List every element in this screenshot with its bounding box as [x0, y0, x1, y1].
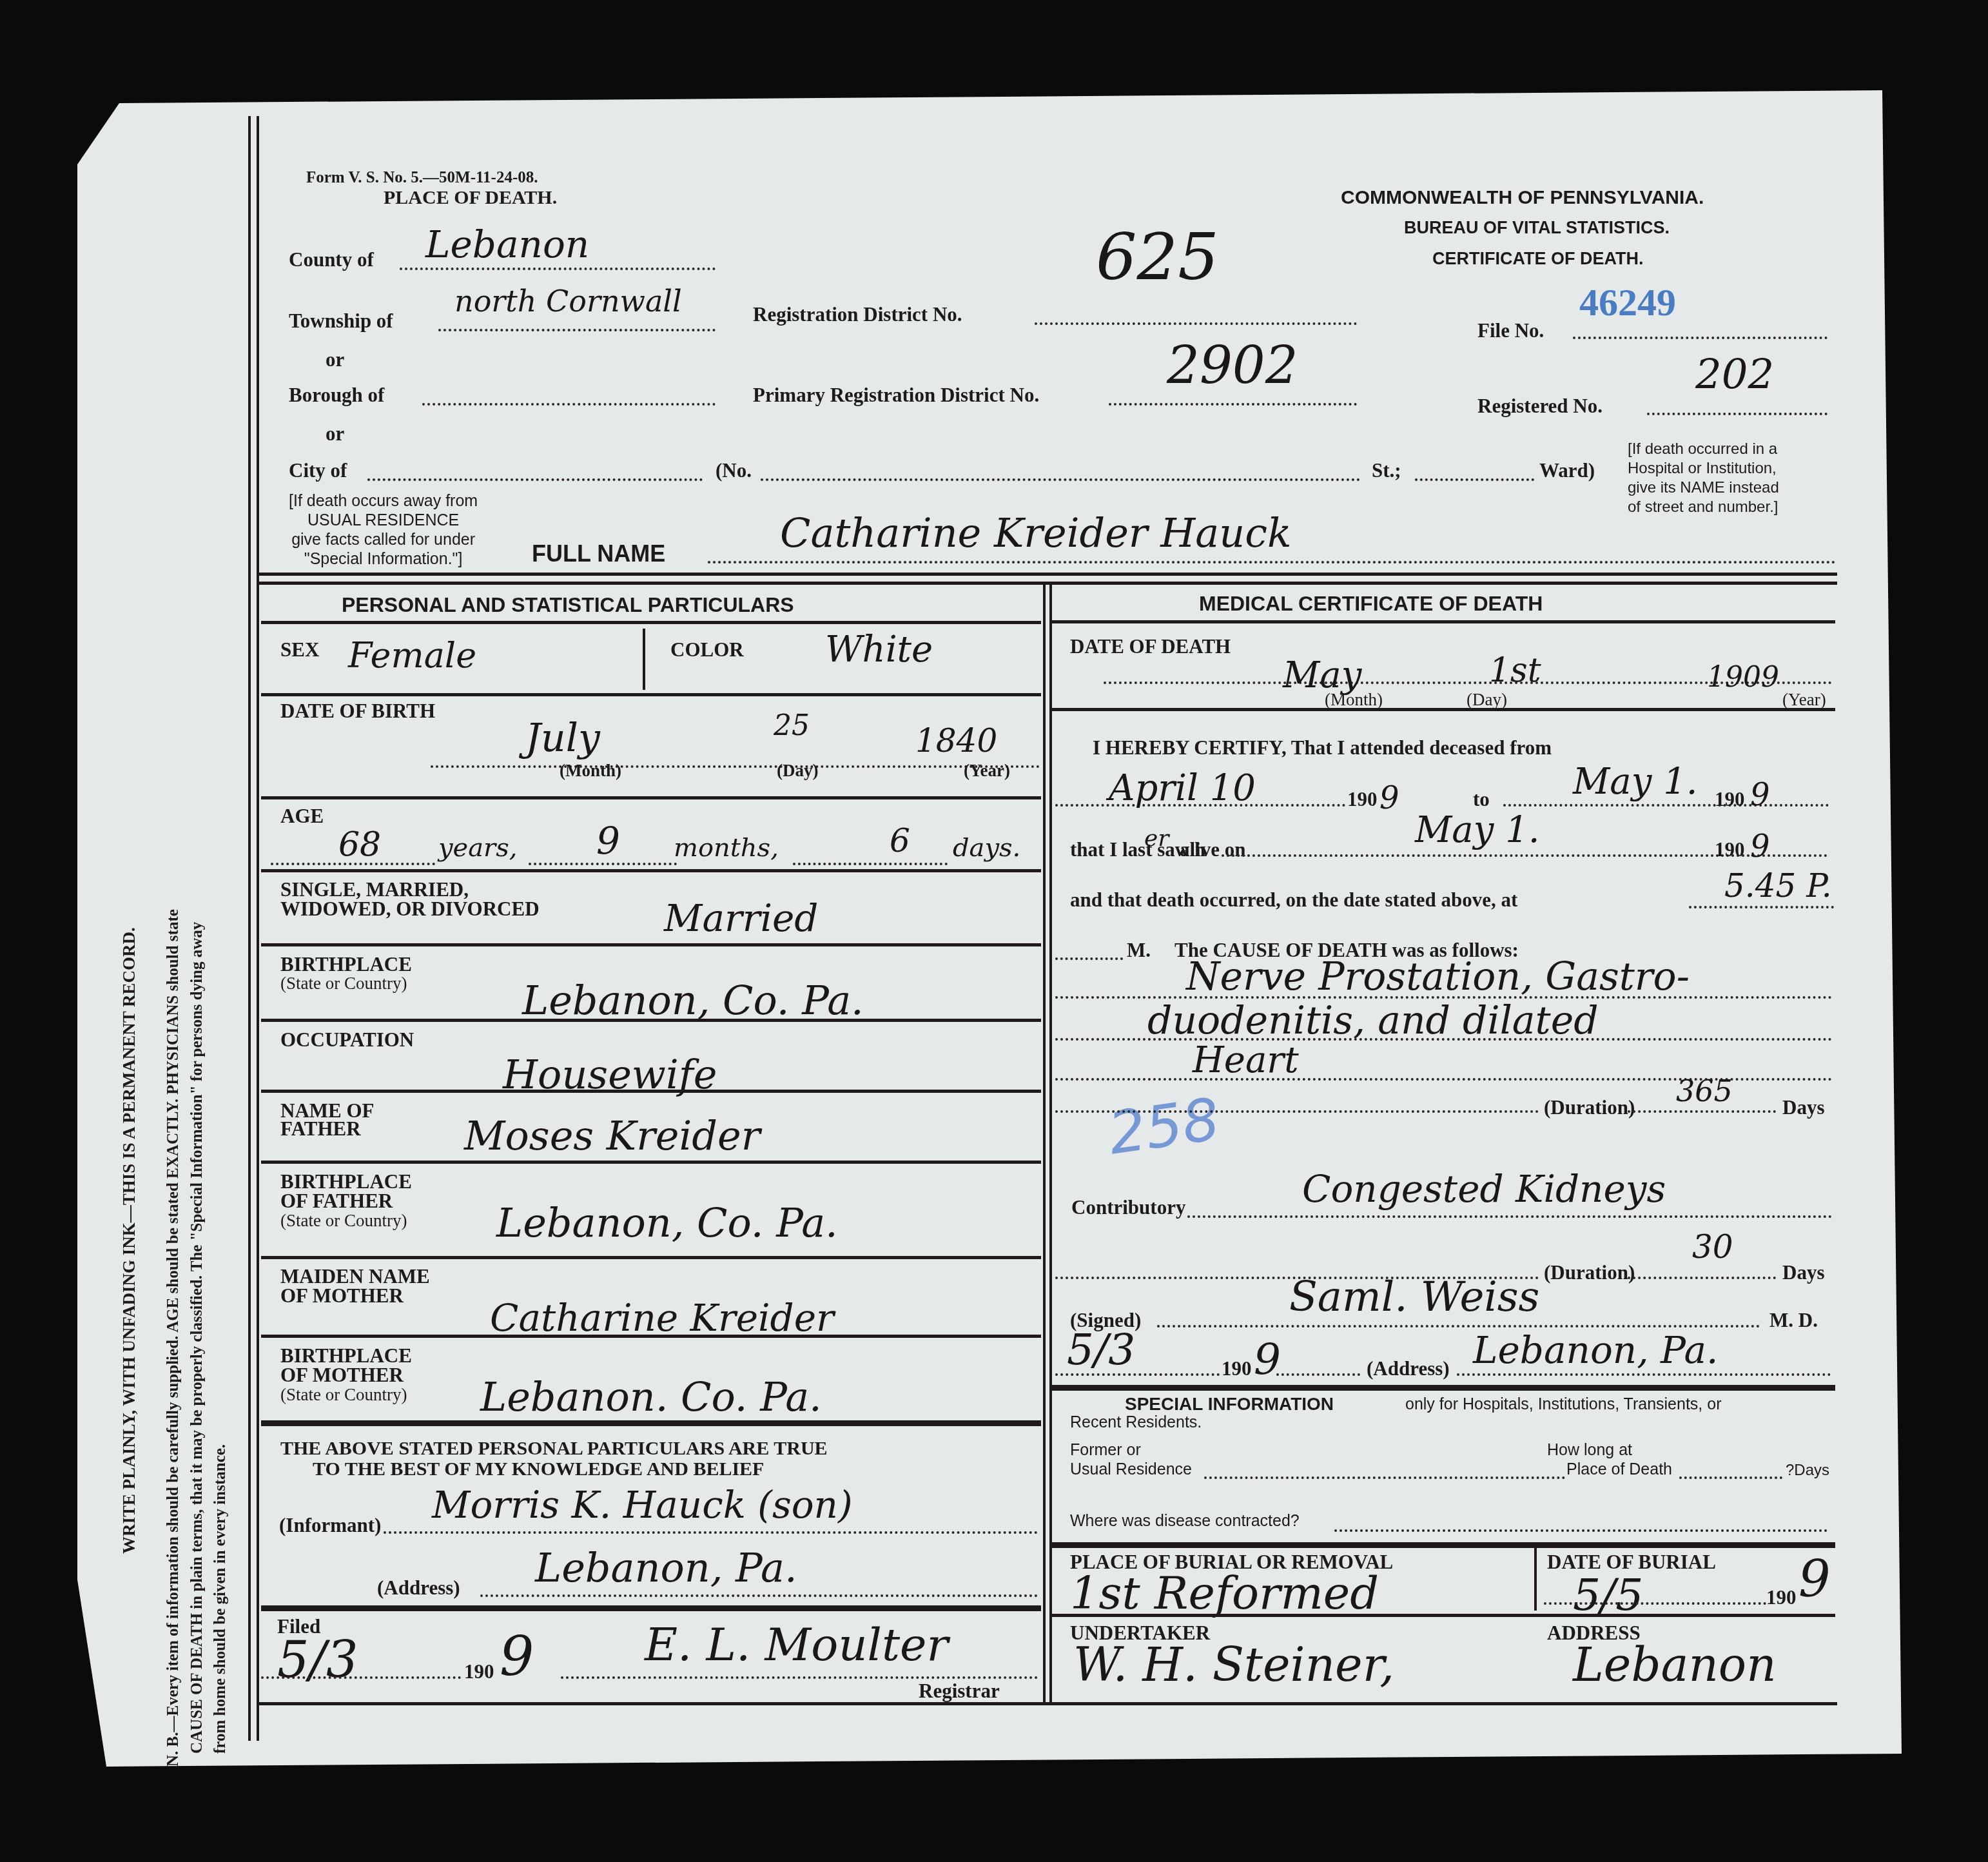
form-number: Form V. S. No. 5.—50M-11-24-08. — [306, 169, 538, 187]
age-years: 68 — [338, 825, 381, 864]
age-label: AGE — [280, 805, 324, 828]
signed-year: 9 — [1254, 1335, 1281, 1384]
filed-year-prefix: 190 — [464, 1660, 494, 1683]
father-value: Moses Kreider — [464, 1112, 760, 1159]
dob-year-caption: (Year) — [964, 761, 1010, 781]
rule — [261, 1090, 1041, 1093]
special-info-title-rest: only for Hospitals, Institutions, Transi… — [1405, 1395, 1722, 1414]
header-commonwealth: COMMONWEALTH OF PENNSYLVANIA. — [1341, 187, 1704, 209]
center-divider-left — [1043, 583, 1046, 1705]
special-info-line-2: Recent Residents. — [1070, 1413, 1202, 1432]
informant-value: Morris K. Hauck (son) — [432, 1483, 853, 1527]
header-certificate: CERTIFICATE OF DEATH. — [1432, 249, 1643, 269]
full-name-label: FULL NAME — [532, 540, 665, 567]
borough-field[interactable] — [422, 403, 716, 406]
father-bp-value: Lebanon, Co. Pa. — [496, 1199, 838, 1246]
rule — [1534, 1546, 1537, 1611]
filed-year-suffix: 9 — [500, 1625, 534, 1688]
county-label: County of — [289, 248, 374, 271]
personal-section-title: PERSONAL AND STATISTICAL PARTICULARS — [342, 593, 794, 617]
burial-place-value: 1st Reformed — [1070, 1567, 1379, 1620]
street-label: St.; — [1372, 459, 1401, 482]
rule — [261, 869, 1041, 872]
occupation-label: OCCUPATION — [280, 1028, 414, 1052]
margin-note-write-plainly: WRITE PLAINLY, WITH UNFADING INK—THIS IS… — [119, 927, 139, 1554]
primary-district-value: 2902 — [1167, 335, 1298, 395]
duration-1-field[interactable] — [1628, 1110, 1776, 1113]
birthplace-value: Lebanon, Co. Pa. — [522, 977, 864, 1024]
death-certificate: WRITE PLAINLY, WITH UNFADING INK—THIS IS… — [0, 0, 1988, 1862]
marital-label-2: WIDOWED, OR DIVORCED — [280, 897, 540, 921]
ward-field[interactable] — [1415, 478, 1534, 481]
attended-to: May 1. — [1573, 761, 1698, 803]
city-label: City of — [289, 459, 347, 482]
medical-address-value: Lebanon, Pa. — [1473, 1328, 1718, 1372]
special-info-title: SPECIAL INFORMATION — [1125, 1394, 1334, 1415]
rule — [643, 629, 645, 690]
contributory-field[interactable] — [1187, 1215, 1832, 1218]
divider-top-2 — [258, 582, 1837, 585]
burial-year-prefix: 190 — [1766, 1586, 1797, 1609]
rule — [1052, 620, 1835, 623]
dob-day-caption: (Day) — [777, 761, 818, 781]
dob-month-caption: (Month) — [560, 761, 621, 781]
registrar-label: Registrar — [919, 1680, 1000, 1703]
duration-2-field[interactable] — [1628, 1277, 1776, 1279]
duration-2-label: (Duration) — [1544, 1261, 1635, 1284]
informant-address-field[interactable] — [480, 1594, 1038, 1597]
primary-district-field[interactable] — [1109, 403, 1357, 406]
duration-2-value: 30 — [1692, 1228, 1733, 1266]
primary-district-label: Primary Registration District No. — [753, 384, 1039, 407]
divider-top-1 — [258, 573, 1837, 576]
where-contracted-label: Where was disease contracted? — [1070, 1512, 1300, 1531]
rule — [261, 693, 1041, 696]
occurred-label: and that death occurred, on the date sta… — [1070, 888, 1517, 912]
duration-1-days: Days — [1782, 1096, 1824, 1119]
rule — [261, 796, 1041, 799]
city-field[interactable] — [367, 478, 703, 481]
rule — [261, 1161, 1041, 1164]
age-days: 6 — [890, 822, 910, 859]
duration-1-label: (Duration) — [1544, 1096, 1635, 1119]
mother-value: Catharine Kreider — [490, 1296, 834, 1340]
filed-date: 5/3 — [277, 1631, 358, 1689]
father-label-2: FATHER — [280, 1117, 361, 1141]
former-label-1: Former or — [1070, 1441, 1141, 1460]
birthplace-label: BIRTHPLACE — [280, 953, 412, 976]
cause-line-1: Nerve Prostation, Gastro- — [1186, 954, 1690, 999]
street-field[interactable] — [761, 478, 1360, 481]
birthplace-sub: (State or Country) — [280, 974, 407, 994]
informant-field[interactable] — [384, 1531, 1038, 1534]
rule — [261, 621, 1041, 624]
how-long-label-1: How long at — [1547, 1441, 1632, 1460]
rule — [1052, 1614, 1835, 1617]
medical-address-field[interactable] — [1457, 1373, 1831, 1376]
last-saw-date: May 1. — [1415, 809, 1540, 851]
dod-year: 1909 — [1707, 661, 1779, 694]
attended-to-year: 9 — [1750, 777, 1770, 813]
mother-label-2: OF MOTHER — [280, 1284, 404, 1308]
away-note: [If death occurs away from USUAL RESIDEN… — [289, 491, 478, 569]
dob-day: 25 — [774, 709, 810, 742]
registered-no-field[interactable] — [1647, 413, 1827, 415]
dod-day-caption: (Day) — [1467, 690, 1507, 710]
rule — [261, 1420, 1041, 1426]
margin-rule-inner — [257, 116, 259, 1741]
medical-address-label: (Address) — [1367, 1357, 1450, 1380]
m-label: M. — [1127, 939, 1151, 962]
md-label: M. D. — [1769, 1309, 1818, 1332]
rule — [1052, 708, 1835, 711]
color-label: COLOR — [670, 638, 744, 661]
contributory-label: Contributory — [1071, 1196, 1185, 1219]
how-long-label-2: Place of Death — [1566, 1460, 1672, 1479]
margin-note-nb-2: CAUSE OF DEATH in plain terms, that it m… — [188, 922, 206, 1754]
occurred-time: 5.45 P. — [1724, 867, 1832, 905]
last-saw-year: 9 — [1750, 828, 1770, 865]
attended-from: April 10 — [1109, 767, 1256, 809]
attest-line-1: THE ABOVE STATED PERSONAL PARTICULARS AR… — [280, 1438, 828, 1460]
or-label-2: or — [326, 422, 344, 446]
signed-date-field[interactable] — [1055, 1373, 1220, 1376]
signed-year-prefix: 190 — [1222, 1357, 1252, 1380]
attended-to-year-prefix: 190 — [1715, 788, 1745, 811]
rule — [261, 1256, 1041, 1259]
informant-address-label: (Address) — [377, 1576, 460, 1600]
burial-date-field[interactable] — [1544, 1602, 1766, 1605]
county-field[interactable] — [400, 268, 716, 270]
dod-label: DATE OF DEATH — [1070, 635, 1231, 658]
how-long-field[interactable] — [1679, 1476, 1782, 1479]
registrar-field[interactable] — [561, 1676, 1038, 1679]
reg-district-field[interactable] — [1035, 322, 1357, 325]
dob-label: DATE OF BIRTH — [280, 700, 435, 723]
last-saw-year-prefix: 190 — [1715, 838, 1745, 861]
registered-no-label: Registered No. — [1477, 395, 1603, 418]
dob-month: July — [525, 716, 600, 761]
duration-1-value: 365 — [1676, 1073, 1733, 1108]
age-months-label: months, — [674, 833, 779, 863]
last-saw-pronoun: er — [1144, 825, 1169, 852]
margin-note-nb-1: N. B.—Every item of information should b… — [164, 909, 182, 1767]
ward-label: Ward) — [1539, 459, 1595, 482]
paper-sheet — [0, 0, 1988, 1862]
signed-date: 5/3 — [1067, 1325, 1135, 1375]
or-label-1: or — [326, 348, 344, 371]
divider-bottom — [258, 1702, 1837, 1705]
age-months-field[interactable] — [529, 863, 677, 865]
attended-to-field[interactable] — [1503, 804, 1829, 807]
mother-bp-sub: (State or Country) — [280, 1385, 407, 1405]
dod-month-caption: (Month) — [1325, 690, 1383, 710]
registrar-signature: E. L. Moulter — [645, 1618, 948, 1671]
burial-year-suffix: 9 — [1798, 1551, 1831, 1609]
rule — [261, 943, 1041, 946]
rule — [261, 1019, 1041, 1022]
medical-section-title: MEDICAL CERTIFICATE OF DEATH — [1199, 592, 1543, 616]
former-label-2: Usual Residence — [1070, 1460, 1192, 1479]
attest-line-2: TO THE BEST OF MY KNOWLEDGE AND BELIEF — [313, 1458, 764, 1480]
header-bureau: BUREAU OF VITAL STATISTICS. — [1404, 218, 1670, 238]
township-value: north Cornwall — [454, 284, 682, 318]
rule — [261, 1335, 1041, 1338]
street-no-label: (No. — [716, 459, 752, 482]
duration-2-days: Days — [1782, 1261, 1824, 1284]
color-value: White — [825, 629, 933, 671]
filed-date-field[interactable] — [261, 1676, 461, 1679]
margin-note-nb-3: from home should be given in every insta… — [211, 1444, 229, 1754]
undertaker-address-value: Lebanon — [1573, 1638, 1777, 1692]
rule — [1052, 1385, 1835, 1391]
full-name-value: Catharine Kreider Hauck — [780, 509, 1291, 556]
undertaker-value: W. H. Steiner, — [1073, 1638, 1394, 1692]
mother-bp-label-2: OF MOTHER — [280, 1364, 404, 1387]
marital-value: Married — [664, 896, 818, 940]
reg-district-value: 625 — [1096, 219, 1219, 295]
full-name-field[interactable] — [708, 561, 1836, 563]
age-months: 9 — [596, 819, 620, 863]
attended-from-year: 9 — [1379, 780, 1399, 816]
father-bp-sub: (State or Country) — [280, 1211, 407, 1231]
age-days-label: days. — [953, 833, 1020, 863]
alive-on-label: alive on — [1180, 838, 1245, 861]
file-no-field[interactable] — [1573, 337, 1827, 339]
father-bp-label-2: OF FATHER — [280, 1190, 393, 1213]
registered-no-value: 202 — [1695, 351, 1774, 399]
hospital-note: [If death occurred in a Hospital or Inst… — [1628, 440, 1779, 517]
signed-year-field[interactable] — [1276, 1373, 1360, 1376]
reg-district-label: Registration District No. — [753, 303, 962, 326]
where-contracted-field[interactable] — [1334, 1529, 1827, 1532]
contributory-value: Congested Kidneys — [1302, 1167, 1666, 1211]
cause-line-2: duodenitis, and dilated — [1147, 998, 1599, 1043]
dod-year-caption: (Year) — [1782, 690, 1826, 710]
county-value: Lebanon — [425, 222, 589, 266]
rule — [261, 1605, 1041, 1611]
place-of-death-title: PLACE OF DEATH. — [384, 187, 557, 209]
signed-value: Saml. Weiss — [1289, 1273, 1539, 1321]
dob-field[interactable] — [431, 765, 1040, 768]
file-no-label: File No. — [1477, 319, 1544, 342]
certify-text: I HEREBY CERTIFY, That I attended deceas… — [1093, 736, 1552, 759]
borough-label: Borough of — [289, 384, 384, 407]
center-divider-right — [1049, 583, 1052, 1705]
occurred-time-field[interactable] — [1689, 906, 1834, 908]
dob-year: 1840 — [915, 722, 997, 759]
signed-field[interactable] — [1157, 1325, 1760, 1328]
former-residence-field[interactable] — [1204, 1476, 1565, 1479]
township-field[interactable] — [438, 329, 716, 331]
township-label: Township of — [289, 309, 393, 333]
m-field[interactable] — [1055, 957, 1123, 960]
age-years-label: years, — [438, 833, 517, 863]
mother-bp-value: Lebanon. Co. Pa. — [480, 1373, 822, 1420]
file-no-stamp: 46249 — [1579, 280, 1676, 325]
sex-label: SEX — [280, 638, 319, 661]
sex-value: Female — [348, 635, 476, 676]
rule — [1052, 1542, 1835, 1548]
cause-line-4-field[interactable] — [1055, 1110, 1539, 1113]
to-label: to — [1473, 788, 1490, 811]
dod-day: 1st — [1489, 651, 1541, 690]
margin-rule-outer — [248, 116, 251, 1741]
age-days-field[interactable] — [793, 863, 948, 865]
cause-line-3: Heart — [1193, 1039, 1299, 1081]
informant-label: (Informant) — [279, 1514, 381, 1537]
attended-from-year-prefix: 190 — [1347, 788, 1378, 811]
how-long-days: ?Days — [1786, 1462, 1829, 1480]
informant-address-value: Lebanon, Pa. — [535, 1544, 797, 1591]
